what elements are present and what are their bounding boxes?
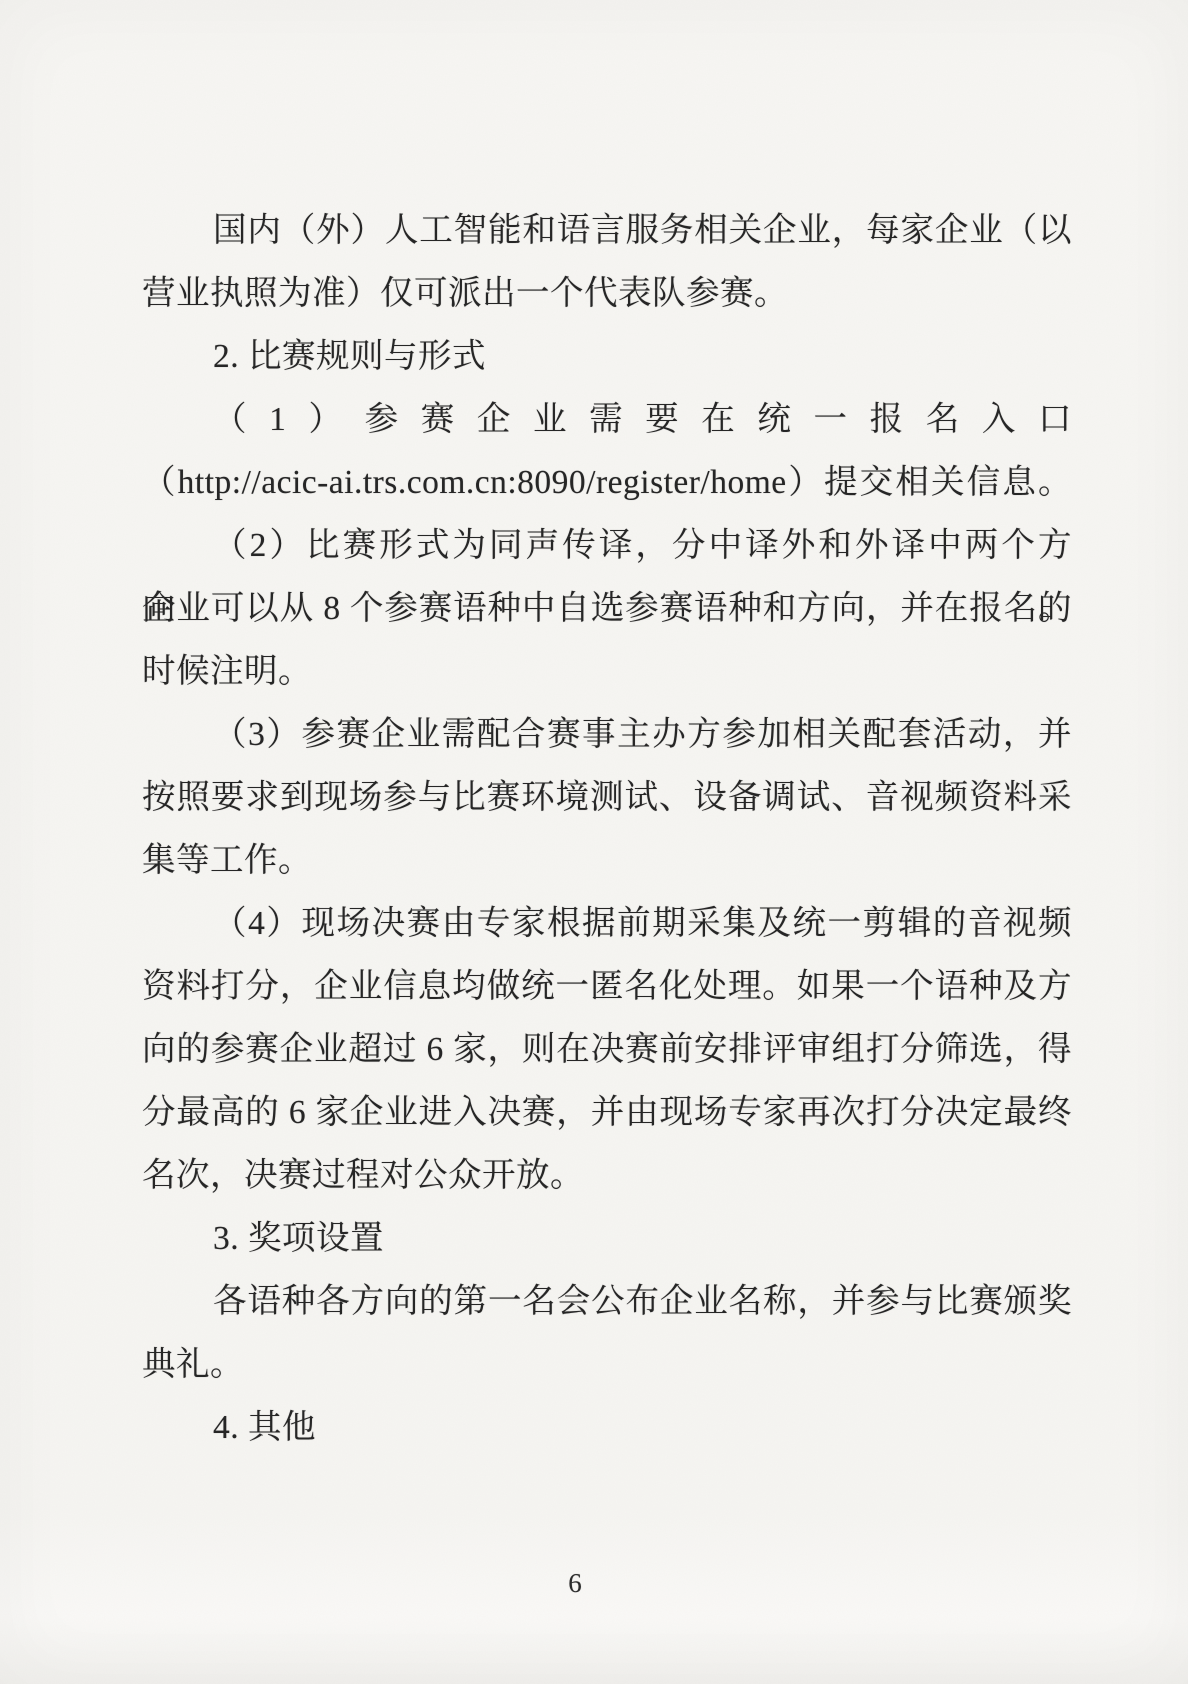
text-line: 资料打分，企业信息均做统一匿名化处理。如果一个语种及方 [142,955,1072,1018]
text-line: （1）参赛企业需要在统一报名入口 [142,388,1072,451]
text-line: 名次，决赛过程对公众开放。 [142,1144,1072,1207]
text-line: （3）参赛企业需配合赛事主办方参加相关配套活动，并 [142,703,1072,766]
text-line: （http://acic-ai.trs.com.cn:8090/register… [142,451,1072,514]
text-line: 向的参赛企业超过 6 家，则在决赛前安排评审组打分筛选，得 [142,1018,1072,1081]
text-line: 营业执照为准）仅可派出一个代表队参赛。 [142,262,1072,325]
text-line: 各语种各方向的第一名会公布企业名称，并参与比赛颁奖 [142,1270,1072,1333]
document-page: 国内（外）人工智能和语言服务相关企业，每家企业（以营业执照为准）仅可派出一个代表… [0,0,1188,1684]
text-line: 4. 其他 [142,1396,1072,1459]
text-line: 企业可以从 8 个参赛语种中自选参赛语种和方向，并在报名的 [142,577,1072,640]
text-line: 集等工作。 [142,829,1072,892]
page-number: 6 [0,1568,1150,1599]
text-line: （4）现场决赛由专家根据前期采集及统一剪辑的音视频 [142,892,1072,955]
text-line: 典礼。 [142,1333,1072,1396]
text-line: 时候注明。 [142,640,1072,703]
text-line: 2. 比赛规则与形式 [142,325,1072,388]
text-line: 3. 奖项设置 [142,1207,1072,1270]
text-line: 按照要求到现场参与比赛环境测试、设备调试、音视频资料采 [142,766,1072,829]
text-line: 分最高的 6 家企业进入决赛，并由现场专家再次打分决定最终 [142,1081,1072,1144]
body-text: 国内（外）人工智能和语言服务相关企业，每家企业（以营业执照为准）仅可派出一个代表… [142,199,1072,1459]
text-line: 国内（外）人工智能和语言服务相关企业，每家企业（以 [142,199,1072,262]
text-line: （2）比赛形式为同声传译，分中译外和外译中两个方向。 [142,514,1072,577]
